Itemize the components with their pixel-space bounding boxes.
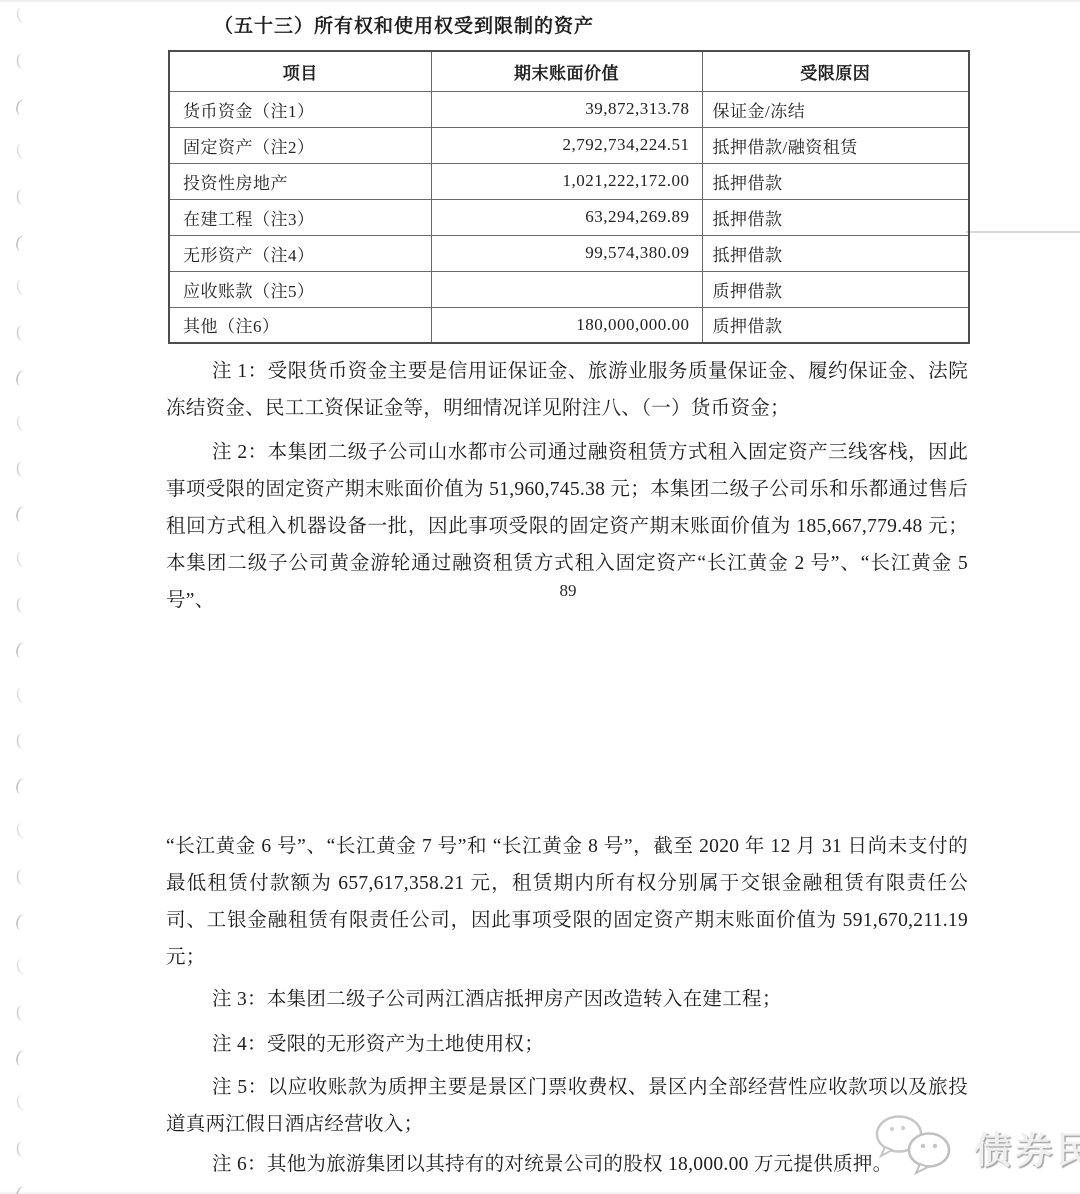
note-6: 注 6：其他为旅游集团以其持有的对统景公司的股权 18,000.00 万元提供质…: [166, 1146, 968, 1183]
cell-value: [431, 271, 702, 307]
publisher-watermark: 债券民工: [872, 1112, 1080, 1181]
cell-item: 货币资金（注1）: [169, 91, 431, 127]
binding-mark: (: [14, 776, 23, 794]
cell-item: 其他（注6）: [169, 307, 431, 343]
binding-mark: (: [14, 957, 23, 975]
section-title: （五十三）所有权和使用权受到限制的资产: [214, 11, 594, 38]
table-header-row: 项目 期末账面价值 受限原因: [169, 51, 969, 91]
binding-mark: (: [14, 685, 23, 703]
table-row: 应收账款（注5） 质押借款: [169, 271, 969, 307]
note-3: 注 3：本集团二级子公司两江酒店抵押房产因改造转入在建工程；: [166, 981, 968, 1018]
col-header-value: 期末账面价值: [431, 51, 702, 91]
cell-item: 投资性房地产: [169, 163, 431, 199]
restricted-assets-table: 项目 期末账面价值 受限原因 货币资金（注1） 39,872,313.78 保证…: [168, 50, 970, 344]
cell-item: 固定资产（注2）: [169, 127, 431, 163]
binding-mark: (: [14, 96, 23, 114]
binding-mark: (: [14, 1047, 23, 1065]
binding-mark: (: [16, 867, 22, 884]
binding-mark: (: [16, 459, 22, 476]
binding-mark: (: [14, 640, 23, 658]
cell-value: 99,574,380.09: [431, 235, 702, 271]
binding-mark: (: [14, 1093, 23, 1111]
cell-reason: 抵押借款: [702, 163, 969, 199]
cell-value: 63,294,269.89: [431, 199, 702, 235]
binding-mark: (: [14, 1183, 23, 1194]
binding-mark: (: [16, 731, 22, 748]
binding-mark: (: [14, 277, 23, 295]
table-row: 无形资产（注4） 99,574,380.09 抵押借款: [169, 235, 969, 271]
table-row: 投资性房地产 1,021,222,172.00 抵押借款: [169, 163, 969, 199]
cell-reason: 质押借款: [702, 271, 969, 307]
cell-reason: 保证金/冻结: [702, 91, 969, 127]
note-5: 注 5：以应收账款为质押主要是景区门票收费权、景区内全部经营性应收款项以及旅投道…: [166, 1069, 968, 1143]
cell-reason: 质押借款: [702, 307, 969, 343]
binding-mark: (: [16, 187, 22, 204]
binding-mark: (: [14, 549, 23, 567]
cell-item: 应收账款（注5）: [169, 271, 431, 307]
cell-item: 在建工程（注3）: [169, 199, 431, 235]
cell-value: 180,000,000.00: [431, 307, 702, 343]
binding-mark: (: [16, 595, 22, 612]
scanned-document-page: ((((((((((((((((((((((((((( （五十三）所有权和使用权…: [0, 0, 1080, 1194]
binding-mark: (: [16, 1139, 22, 1156]
table-row: 在建工程（注3） 63,294,269.89 抵押借款: [169, 199, 969, 235]
binding-mark: (: [14, 912, 23, 930]
watermark-label: 债券民工: [974, 1120, 1080, 1174]
table-row: 其他（注6） 180,000,000.00 质押借款: [169, 307, 969, 343]
cell-reason: 抵押借款: [702, 199, 969, 235]
binding-mark: (: [16, 323, 22, 340]
cell-reason: 抵押借款/融资租赁: [702, 127, 969, 163]
scan-artifact-line: [966, 231, 1080, 233]
cell-value: 1,021,222,172.00: [431, 163, 702, 199]
table-row: 固定资产（注2） 2,792,734,224.51 抵押借款/融资租赁: [169, 127, 969, 163]
binding-mark: (: [14, 232, 23, 250]
scan-edge-top: [0, 0, 1080, 3]
binding-mark: (: [14, 504, 23, 522]
table-row: 货币资金（注1） 39,872,313.78 保证金/冻结: [169, 91, 969, 127]
note-1: 注 1：受限货币资金主要是信用证保证金、旅游业服务质量保证金、履约保证金、法院冻…: [166, 353, 968, 427]
col-header-item: 项目: [169, 51, 431, 91]
page-number: 89: [168, 581, 968, 601]
wechat-chat-bubbles-icon: [872, 1112, 964, 1181]
cell-item: 无形资产（注4）: [169, 235, 431, 271]
col-header-reason: 受限原因: [702, 51, 969, 91]
cell-value: 2,792,734,224.51: [431, 127, 702, 163]
binding-mark: (: [14, 413, 23, 431]
binding-mark: (: [16, 51, 22, 68]
binding-mark: (: [14, 6, 23, 24]
cell-value: 39,872,313.78: [431, 91, 702, 127]
binding-mark: (: [14, 821, 23, 839]
binding-mark: (: [14, 141, 23, 159]
cell-reason: 抵押借款: [702, 235, 969, 271]
binding-mark: (: [14, 368, 23, 386]
note-4: 注 4：受限的无形资产为土地使用权；: [166, 1026, 968, 1063]
note-2-continued: “长江黄金 6 号”、“长江黄金 7 号”和 “长江黄金 8 号”，截至 202…: [166, 828, 968, 976]
binding-mark: (: [16, 1003, 22, 1020]
